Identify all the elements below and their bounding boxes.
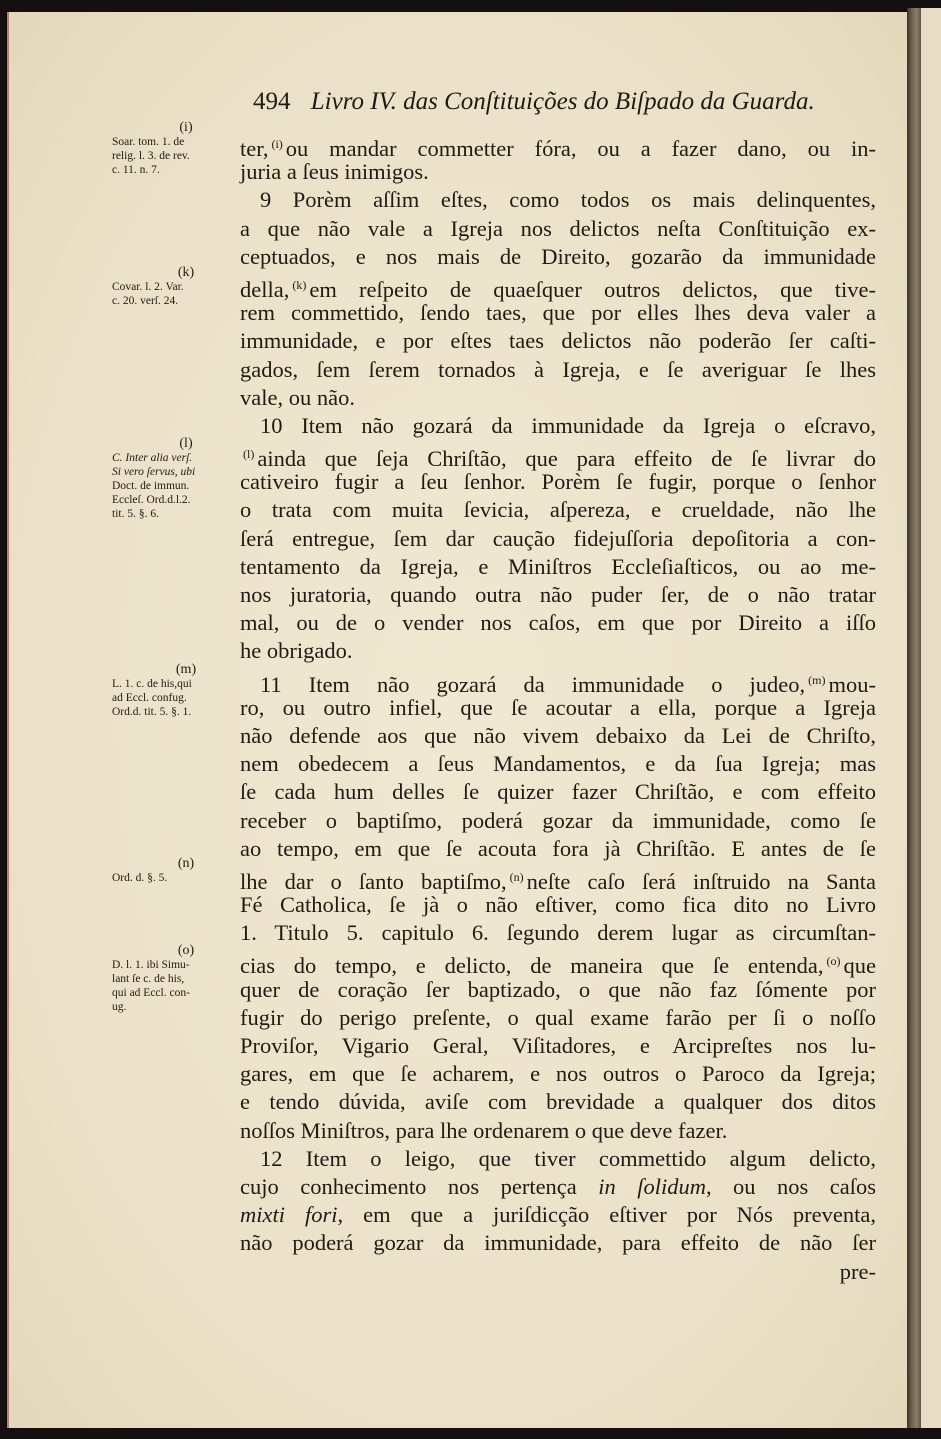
text-line: gados, ſem ſerem tornados à Igreja, e ſe… [240,356,876,384]
footnote-ref-m: (m) [808,673,825,687]
text-line: mixti fori, em que a juriſdicção eſtiver… [240,1201,876,1229]
paragraph-12-start: 12 Item o leigo, que tiver commettido al… [240,1145,876,1173]
text-line: fugir do perigo preſente, o qual exame f… [240,1004,876,1032]
running-header: 494 Livro IV. das Conſtituições do Biſpa… [253,88,815,116]
text-line: nos juratoria, quando outra não puder ſe… [240,581,876,609]
running-title: Livro IV. das Conſtituições do Biſpado d… [311,88,815,115]
text-line: juria a ſeus inimigos. [240,158,876,186]
text-line: noſſos Miniſtros, para lhe ordenarem o q… [240,1117,876,1145]
text-line: della,(k)em reſpeito de quaeſquer outros… [240,271,876,299]
text-line: Proviſor, Vigario Geral, Viſitadores, e … [240,1032,876,1060]
footnote-ref-l: (l) [243,447,254,461]
text-line: receber o baptiſmo, poderá gozar da immu… [240,807,876,835]
footnote-ref-k: (k) [292,278,306,292]
text-line: 1. Titulo 5. capitulo 6. ſegundo derem l… [240,919,876,947]
margin-note-l: (l) C. Inter alia verſ. Si vero ſervus, … [112,436,242,521]
text-line: ao tempo, em que ſe acouta fora jà Chriſ… [240,835,876,863]
text-line: he obrigado. [240,637,876,665]
facing-page-edge [921,8,941,1428]
text-line: rem commettido, ſendo taes, que por elle… [240,299,876,327]
text-line: Fé Catholica, ſe jà o não eſtiver, como … [240,891,876,919]
paragraph-9-start: 9 Porèm aſſim eſtes, como todos os mais … [240,186,876,214]
margin-note-o: (o) D. l. 1. ibi Simu- lant ſe c. de his… [112,943,242,1014]
text-line: o trata com muita ſevicia, aſpereza, e c… [240,496,876,524]
text-line: cujo conhecimento nos pertença in ſolidu… [240,1173,876,1201]
text-line: ſe cada hum delles ſe quizer fazer Chriſ… [240,778,876,806]
main-text-column: ter,(i)ou mandar commetter fóra, ou a fa… [240,130,876,1286]
book-gutter [907,8,921,1428]
margin-note-i: (i) Soar. tom. 1. de relig. l. 3. de rev… [112,120,242,177]
footnote-ref-i: (i) [271,137,282,151]
text-line: lhe dar o ſanto baptiſmo,(n)neſte caſo ſ… [240,863,876,891]
text-line: vale, ou não. [240,384,876,412]
text-line: cativeiro fugir a ſeu ſenhor. Porèm ſe f… [240,468,876,496]
text-line: cias do tempo, e delicto, de maneira que… [240,947,876,975]
paragraph-11-start: 11 Item não gozará da immunidade o judeo… [240,666,876,694]
footnote-ref-o: (o) [827,954,841,968]
margin-note-m: (m) L. 1. c. de his,qui ad Eccl. confug.… [112,662,242,719]
text-line: immunidade, e por eſtes taes delictos nã… [240,327,876,355]
text-line: e tendo dúvida, aviſe com brevidade a qu… [240,1088,876,1116]
text-line: ro, ou outro infiel, que ſe acoutar a el… [240,694,876,722]
footnote-ref-n: (n) [510,870,524,884]
margin-note-k: (k) Covar. l. 2. Var. c. 20. verſ. 24. [112,265,242,308]
page-number: 494 [253,88,291,115]
text-line: tentamento da Igreja, e Miniſtros Eccleſ… [240,553,876,581]
text-line: ceptuados, e nos mais de Direito, gozarã… [240,243,876,271]
text-line: (l)ainda que ſeja Chriſtão, que para eff… [240,440,876,468]
text-line: ter,(i)ou mandar commetter fóra, ou a fa… [240,130,876,158]
text-line: quer de coração ſer baptizado, o que não… [240,976,876,1004]
paragraph-10-start: 10 Item não gozará da immunidade da Igre… [240,412,876,440]
text-line: nem obedecem a ſeus Mandamentos, e da ſu… [240,750,876,778]
text-line: não defende aos que não vivem debaixo da… [240,722,876,750]
catchword: pre- [240,1258,876,1286]
text-line: gares, em que ſe acharem, e nos outros o… [240,1060,876,1088]
text-line: a que não vale a Igreja nos delictos neſ… [240,215,876,243]
text-line: ſerá entregue, ſem dar caução fidejuſſor… [240,525,876,553]
text-line: não poderá gozar da immunidade, para eff… [240,1229,876,1257]
margin-note-n: (n) Ord. d. §. 5. [112,856,242,885]
text-line: mal, ou de o vender nos caſos, em que po… [240,609,876,637]
